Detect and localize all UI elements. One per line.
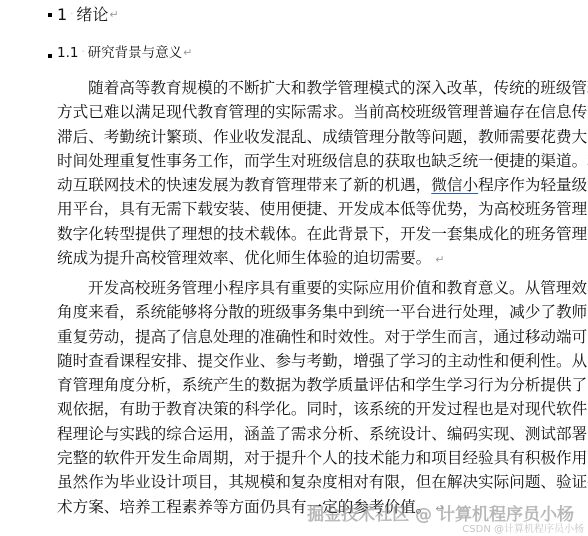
text-line: 完整的软件开发生命周期，对于提升个人的技术能力和项目经验具有积极作用。 <box>57 446 572 470</box>
text-line: 虽然作为毕业设计项目，其规模和复杂度相对有限，但在解决实际问题、验证技 <box>57 470 572 494</box>
text-line: 数字化转型提供了理想的技术载体。在此背景下，开发一套集成化的班务管理系 <box>57 222 572 246</box>
line-text: 程序作为轻量级应 <box>478 176 588 194</box>
heading-1-title: 绪论 <box>76 4 108 26</box>
spellcheck-underlined-term[interactable]: 微信小 <box>431 176 478 194</box>
paragraph-significance[interactable]: 开发高校班务管理小程序具有重要的实际应用价值和教育意义。从管理效率 角度来看，系… <box>57 276 572 519</box>
line-text: 开发高校班务管理小程序具有重要的实际应用价值和教育意义。从管理效率 <box>88 279 588 297</box>
text-line: 程理论与实践的综合运用，涵盖了需求分析、系统设计、编码实现、测试部署等 <box>57 422 572 446</box>
paragraph-mark-icon: ↵ <box>183 42 192 64</box>
watermark-csdn: CSDN @计算机程序员小杨 <box>462 520 584 535</box>
heading-1-number: 1 <box>57 4 67 26</box>
line-text: 统成为提升高校管理效率、优化师生体验的迫切需要。 <box>57 249 431 267</box>
line-text: 滞后、考勤统计繁琐、作业收发混乱、成绩管理分散等问题，教师需要花费大量 <box>57 128 588 146</box>
line-text: 程理论与实践的综合运用，涵盖了需求分析、系统设计、编码实现、测试部署等 <box>57 425 588 443</box>
text-line: 随着高等教育规模的不断扩大和教学管理模式的深入改革，传统的班级管理 <box>57 76 572 100</box>
text-line: 观依据，有助于教育决策的科学化。同时，该系统的开发过程也是对现代软件工 <box>57 397 572 421</box>
heading-1[interactable]: 1 · 绪论 ↵ <box>48 4 119 26</box>
line-text: 数字化转型提供了理想的技术载体。在此背景下，开发一套集成化的班务管理系 <box>57 225 588 243</box>
line-text: 角度来看，系统能够将分散的班级事务集中到统一平台进行处理，减少了教师的 <box>57 303 588 321</box>
bullet-icon <box>48 54 52 58</box>
text-line: 随时查看课程安排、提交作业、参与考勤，增强了学习的主动性和便利性。从教 <box>57 349 572 373</box>
line-text: 时间处理重复性事务工作，而学生对班级信息的获取也缺乏统一便捷的渠道。移 <box>57 152 588 170</box>
text-line: 角度来看，系统能够将分散的班级事务集中到统一平台进行处理，减少了教师的 <box>57 300 572 324</box>
text-line: 动互联网技术的快速发展为教育管理带来了新的机遇，微信小程序作为轻量级应 <box>57 173 572 197</box>
text-line: 滞后、考勤统计繁琐、作业收发混乱、成绩管理分散等问题，教师需要花费大量 <box>57 125 572 149</box>
line-text: 方式已难以满足现代教育管理的实际需求。当前高校班级管理普遍存在信息传递 <box>57 103 588 121</box>
text-line: 时间处理重复性事务工作，而学生对班级信息的获取也缺乏统一便捷的渠道。移 <box>57 149 572 173</box>
document-page: 1 · 绪论 ↵ 1.1 · 研究背景与意义 ↵ 随着高等教育规模的不断扩大和教… <box>0 0 588 536</box>
heading-2-title: 研究背景与意义 <box>88 42 183 64</box>
line-text: 随着高等教育规模的不断扩大和教学管理模式的深入改革，传统的班级管理 <box>88 79 588 97</box>
heading-2-number: 1.1 <box>57 42 78 64</box>
line-text: 完整的软件开发生命周期，对于提升个人的技术能力和项目经验具有积极作用。 <box>57 449 588 467</box>
text-line: 方式已难以满足现代教育管理的实际需求。当前高校班级管理普遍存在信息传递 <box>57 100 572 124</box>
line-text: 重复劳动，提高了信息处理的准确性和时效性。对于学生而言，通过移动端可以 <box>57 328 588 346</box>
text-line: 育管理角度分析，系统产生的数据为教学质量评估和学生学习行为分析提供了客 <box>57 373 572 397</box>
paragraph-background[interactable]: 随着高等教育规模的不断扩大和教学管理模式的深入改革，传统的班级管理 方式已难以满… <box>57 76 572 270</box>
text-line: 重复劳动，提高了信息处理的准确性和时效性。对于学生而言，通过移动端可以 <box>57 325 572 349</box>
text-line: 用平台，具有无需下载安装、使用便捷、开发成本低等优势，为高校班务管理的 <box>57 197 572 221</box>
line-text: 动互联网技术的快速发展为教育管理带来了新的机遇， <box>57 176 431 194</box>
text-line: 统成为提升高校管理效率、优化师生体验的迫切需要。↵ <box>57 246 572 270</box>
space-mark: · <box>70 4 73 26</box>
text-line: 开发高校班务管理小程序具有重要的实际应用价值和教育意义。从管理效率 <box>57 276 572 300</box>
line-text: 育管理角度分析，系统产生的数据为教学质量评估和学生学习行为分析提供了客 <box>57 376 588 394</box>
line-text: 随时查看课程安排、提交作业、参与考勤，增强了学习的主动性和便利性。从教 <box>57 352 588 370</box>
line-text: 观依据，有助于教育决策的科学化。同时，该系统的开发过程也是对现代软件工 <box>57 400 588 418</box>
heading-2[interactable]: 1.1 · 研究背景与意义 ↵ <box>48 42 192 64</box>
space-mark: · <box>81 42 84 64</box>
line-text: 用平台，具有无需下载安装、使用便捷、开发成本低等优势，为高校班务管理的 <box>57 200 588 218</box>
paragraph-mark-icon: ↵ <box>435 253 444 266</box>
bullet-icon <box>48 13 52 17</box>
line-text: 虽然作为毕业设计项目，其规模和复杂度相对有限，但在解决实际问题、验证技 <box>57 473 588 491</box>
paragraph-mark-icon: ↵ <box>109 4 118 26</box>
